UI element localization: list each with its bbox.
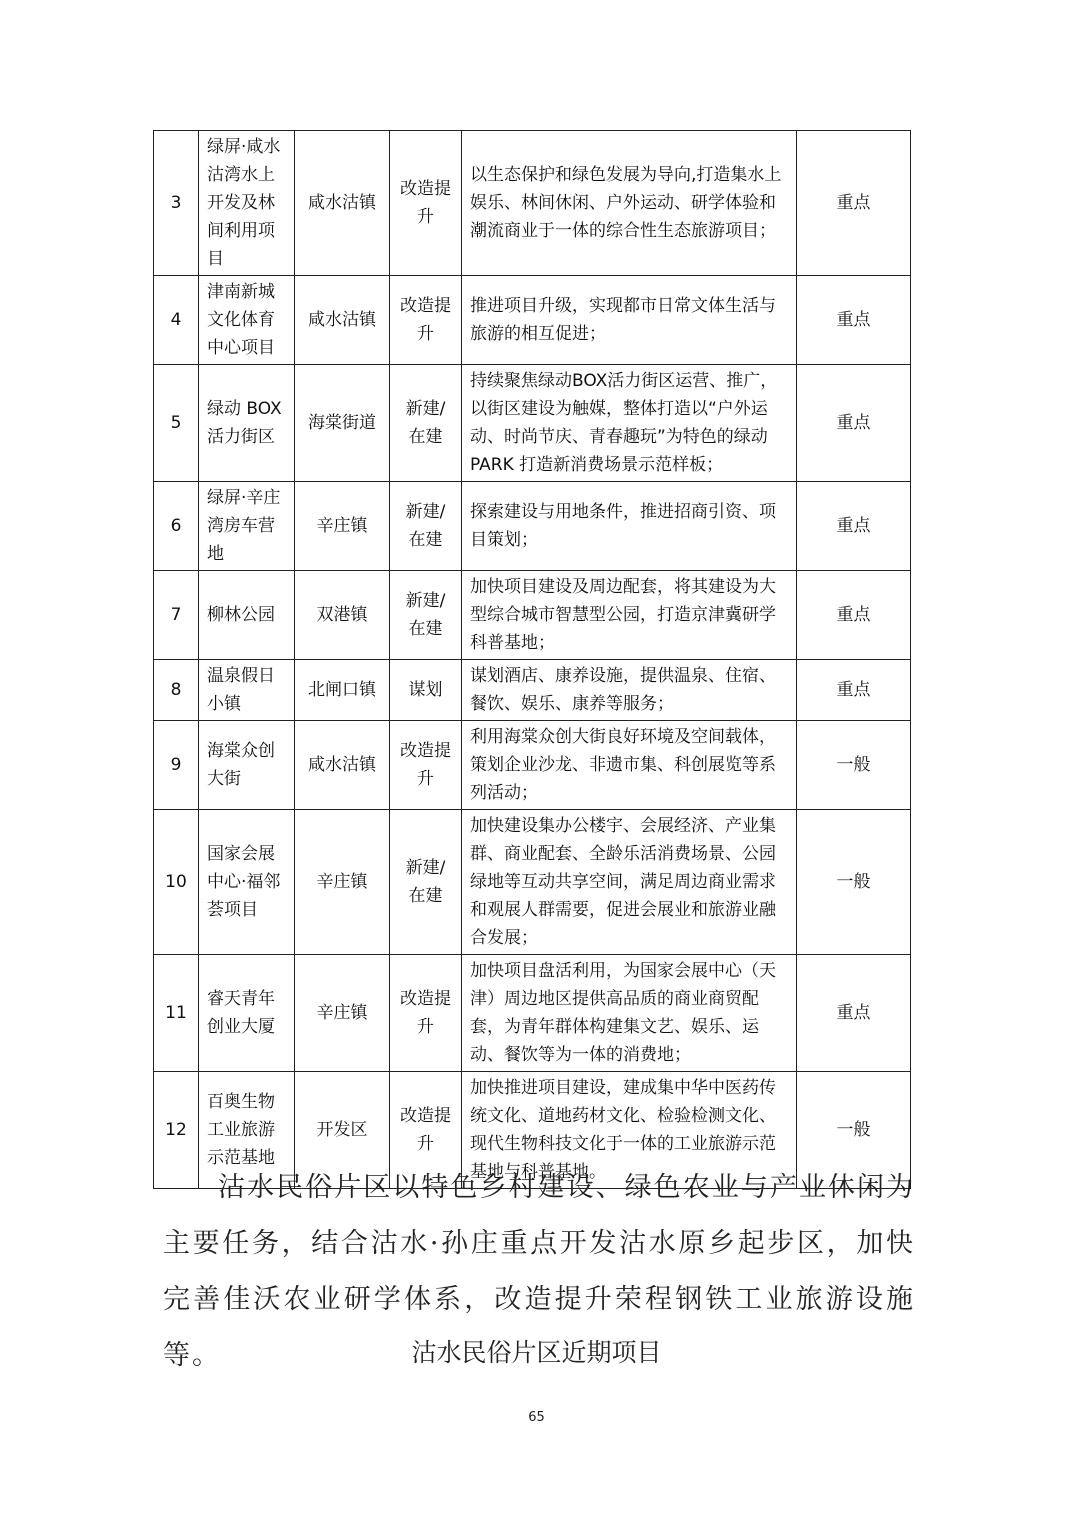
project-description: 谋划酒店、康养设施，提供温泉、住宿、餐饮、娱乐、康养等服务；: [462, 660, 797, 721]
project-name: 绿动 BOX 活力街区: [199, 365, 295, 482]
project-town: 辛庄镇: [295, 810, 390, 955]
project-town: 咸水沽镇: [295, 131, 390, 276]
row-number: 11: [154, 955, 199, 1072]
table-row: 3 绿屏·咸水沽湾水上开发及林间利用项目 咸水沽镇 改造提升 以生态保护和绿色发…: [154, 131, 911, 276]
project-town: 海棠街道: [295, 365, 390, 482]
project-description: 加快项目盘活利用，为国家会展中心（天津）周边地区提供高品质的商业商贸配套，为青年…: [462, 955, 797, 1072]
project-table: 3 绿屏·咸水沽湾水上开发及林间利用项目 咸水沽镇 改造提升 以生态保护和绿色发…: [153, 130, 911, 1189]
table-row: 7 柳林公园 双港镇 新建/在建 加快项目建设及周边配套，将其建设为大型综合城市…: [154, 571, 911, 660]
project-town: 双港镇: [295, 571, 390, 660]
project-town: 辛庄镇: [295, 482, 390, 571]
project-description: 加快项目建设及周边配套，将其建设为大型综合城市智慧型公园，打造京津冀研学科普基地…: [462, 571, 797, 660]
section-subtitle: 沽水民俗片区近期项目: [0, 1333, 1073, 1369]
project-name: 绿屏·咸水沽湾水上开发及林间利用项目: [199, 131, 295, 276]
project-level: 重点: [797, 276, 911, 365]
row-number: 8: [154, 660, 199, 721]
project-level: 重点: [797, 482, 911, 571]
table-row: 4 津南新城文化体育中心项目 咸水沽镇 改造提升 推进项目升级，实现都市日常文体…: [154, 276, 911, 365]
document-page: 3 绿屏·咸水沽湾水上开发及林间利用项目 咸水沽镇 改造提升 以生态保护和绿色发…: [0, 0, 1073, 1519]
row-number: 4: [154, 276, 199, 365]
project-type: 新建/在建: [390, 810, 462, 955]
project-name: 绿屏·辛庄湾房车营地: [199, 482, 295, 571]
project-type: 谋划: [390, 660, 462, 721]
table-row: 9 海棠众创大街 咸水沽镇 改造提升 利用海棠众创大街良好环境及空间载体，策划企…: [154, 721, 911, 810]
project-level: 重点: [797, 660, 911, 721]
row-number: 5: [154, 365, 199, 482]
project-description: 持续聚焦绿动BOX活力街区运营、推广，以街区建设为触媒，整体打造以“户外运动、时…: [462, 365, 797, 482]
table-row: 10 国家会展中心·福邻荟项目 辛庄镇 新建/在建 加快建设集办公楼宇、会展经济…: [154, 810, 911, 955]
row-number: 6: [154, 482, 199, 571]
project-name: 温泉假日小镇: [199, 660, 295, 721]
project-type: 新建/在建: [390, 365, 462, 482]
row-number: 10: [154, 810, 199, 955]
table-row: 11 睿天青年创业大厦 辛庄镇 改造提升 加快项目盘活利用，为国家会展中心（天津…: [154, 955, 911, 1072]
project-type: 改造提升: [390, 721, 462, 810]
project-type: 改造提升: [390, 131, 462, 276]
row-number: 9: [154, 721, 199, 810]
project-level: 重点: [797, 571, 911, 660]
project-town: 咸水沽镇: [295, 276, 390, 365]
project-level: 重点: [797, 365, 911, 482]
project-level: 重点: [797, 955, 911, 1072]
project-type: 改造提升: [390, 276, 462, 365]
project-description: 以生态保护和绿色发展为导向,打造集水上娱乐、林间休闲、户外运动、研学体验和潮流商…: [462, 131, 797, 276]
table-row: 5 绿动 BOX 活力街区 海棠街道 新建/在建 持续聚焦绿动BOX活力街区运营…: [154, 365, 911, 482]
project-description: 加快建设集办公楼宇、会展经济、产业集群、商业配套、全龄乐活消费场景、公园绿地等互…: [462, 810, 797, 955]
project-town: 辛庄镇: [295, 955, 390, 1072]
table-row: 8 温泉假日小镇 北闸口镇 谋划 谋划酒店、康养设施，提供温泉、住宿、餐饮、娱乐…: [154, 660, 911, 721]
row-number: 7: [154, 571, 199, 660]
project-description: 探索建设与用地条件，推进招商引资、项目策划；: [462, 482, 797, 571]
project-description: 利用海棠众创大街良好环境及空间载体，策划企业沙龙、非遗市集、科创展览等系列活动；: [462, 721, 797, 810]
project-type: 新建/在建: [390, 482, 462, 571]
page-number: 65: [0, 1410, 1073, 1425]
project-town: 北闸口镇: [295, 660, 390, 721]
project-level: 一般: [797, 810, 911, 955]
project-name: 海棠众创大街: [199, 721, 295, 810]
project-level: 一般: [797, 721, 911, 810]
project-type: 改造提升: [390, 955, 462, 1072]
table-row: 6 绿屏·辛庄湾房车营地 辛庄镇 新建/在建 探索建设与用地条件，推进招商引资、…: [154, 482, 911, 571]
project-type: 新建/在建: [390, 571, 462, 660]
project-level: 重点: [797, 131, 911, 276]
project-name: 国家会展中心·福邻荟项目: [199, 810, 295, 955]
project-name: 睿天青年创业大厦: [199, 955, 295, 1072]
project-description: 推进项目升级，实现都市日常文体生活与旅游的相互促进；: [462, 276, 797, 365]
project-name: 津南新城文化体育中心项目: [199, 276, 295, 365]
row-number: 3: [154, 131, 199, 276]
project-name: 柳林公园: [199, 571, 295, 660]
project-town: 咸水沽镇: [295, 721, 390, 810]
